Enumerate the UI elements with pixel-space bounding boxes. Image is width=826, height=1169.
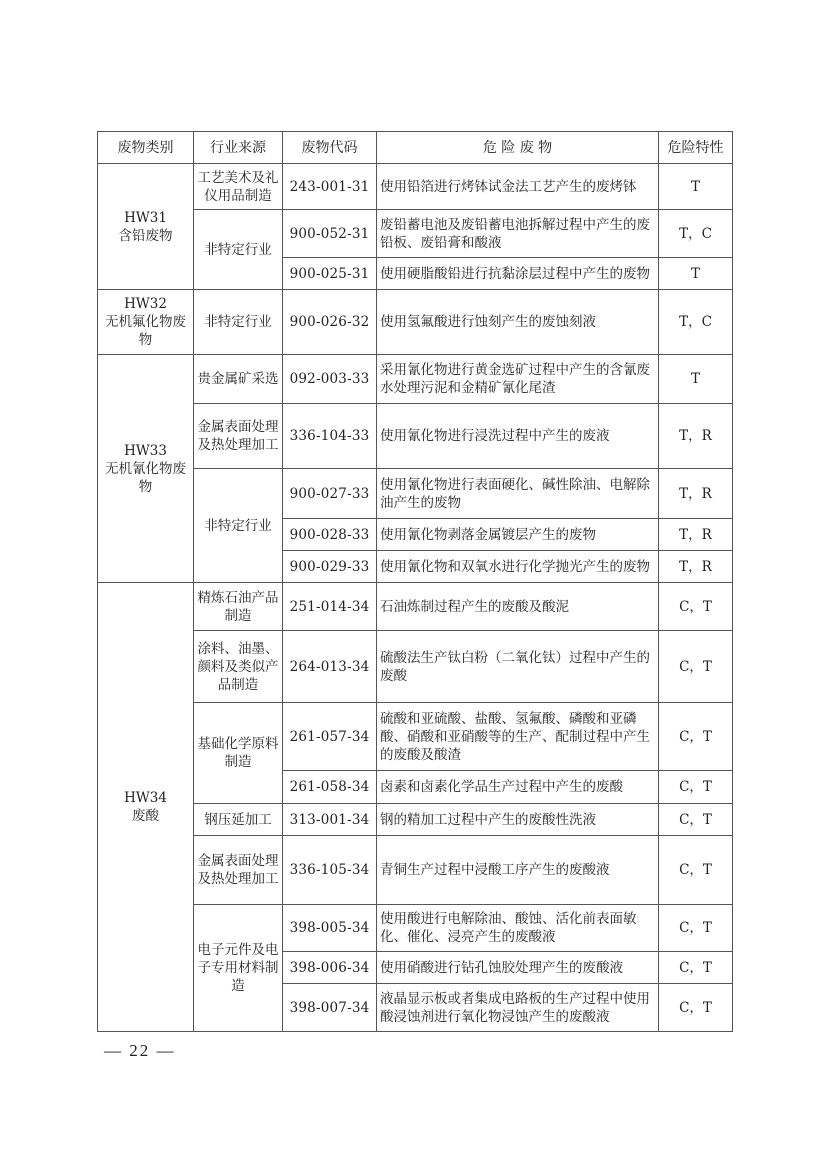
hazard-property: T，R: [659, 551, 733, 583]
industry-source: 非特定行业: [194, 290, 283, 355]
hazard-property: T: [659, 355, 733, 404]
category-hw33: HW33无机氰化物废物: [98, 355, 194, 583]
hazard-property: C，T: [659, 631, 733, 703]
waste-code: 313-001-34: [283, 804, 377, 836]
table-row: 金属表面处理及热处理加工 336-105-34 青铜生产过程中浸酸工序产生的废酸…: [98, 836, 733, 905]
waste-description: 使用铅箔进行烤钵试金法工艺产生的废烤钵: [377, 164, 659, 210]
waste-code: 900-027-33: [283, 469, 377, 519]
hazard-property: C，T: [659, 703, 733, 771]
waste-code: 092-003-33: [283, 355, 377, 404]
waste-code: 900-052-31: [283, 210, 377, 258]
industry-source: 金属表面处理及热处理加工: [194, 404, 283, 469]
table-row: 钢压延加工 313-001-34 钢的精加工过程中产生的废酸性洗液 C，T: [98, 804, 733, 836]
waste-description: 使用氰化物和双氧水进行化学抛光产生的废物: [377, 551, 659, 583]
hazard-property: T，C: [659, 290, 733, 355]
header-hazard-property: 危险特性: [659, 132, 733, 164]
hazard-property: C，T: [659, 771, 733, 804]
table-row: HW34废酸 精炼石油产品制造 251-014-34 石油炼制过程产生的废酸及酸…: [98, 583, 733, 631]
waste-code: 900-026-32: [283, 290, 377, 355]
waste-description: 使用氰化物剥落金属镀层产生的废物: [377, 519, 659, 551]
hazard-property: C，T: [659, 952, 733, 984]
waste-description: 废铅蓄电池及废铅蓄电池拆解过程中产生的废铅板、废铅膏和酸液: [377, 210, 659, 258]
waste-code: 261-057-34: [283, 703, 377, 771]
category-hw31: HW31含铅废物: [98, 164, 194, 290]
header-hazardous-waste: 危 险 废 物: [377, 132, 659, 164]
table-row: HW33无机氰化物废物 贵金属矿采选 092-003-33 采用氰化物进行黄金选…: [98, 355, 733, 404]
table-row: 金属表面处理及热处理加工 336-104-33 使用氰化物进行浸洗过程中产生的废…: [98, 404, 733, 469]
waste-description: 使用氰化物进行浸洗过程中产生的废液: [377, 404, 659, 469]
hazard-property: T: [659, 164, 733, 210]
waste-code: 900-029-33: [283, 551, 377, 583]
industry-source: 非特定行业: [194, 210, 283, 290]
hazardous-waste-table: 废物类别 行业来源 废物代码 危 险 废 物 危险特性 HW31含铅废物 工艺美…: [97, 131, 733, 1032]
table-row: 涂料、油墨、颜料及类似产品制造 264-013-34 硫酸法生产钛白粉（二氧化钛…: [98, 631, 733, 703]
waste-code: 264-013-34: [283, 631, 377, 703]
hazard-property: T: [659, 258, 733, 290]
waste-description: 石油炼制过程产生的废酸及酸泥: [377, 583, 659, 631]
waste-description: 钢的精加工过程中产生的废酸性洗液: [377, 804, 659, 836]
header-waste-code: 废物代码: [283, 132, 377, 164]
waste-code: 398-007-34: [283, 984, 377, 1032]
header-industry-source: 行业来源: [194, 132, 283, 164]
waste-code: 336-105-34: [283, 836, 377, 905]
table-row: 非特定行业 900-027-33 使用氰化物进行表面硬化、碱性除油、电解除油产生…: [98, 469, 733, 519]
waste-code: 251-014-34: [283, 583, 377, 631]
waste-description: 使用酸进行电解除油、酸蚀、活化前表面敏化、催化、浸亮产生的废酸液: [377, 905, 659, 952]
industry-source: 电子元件及电子专用材料制造: [194, 905, 283, 1032]
category-hw34: HW34废酸: [98, 583, 194, 1032]
hazard-property: T，R: [659, 404, 733, 469]
category-hw32: HW32无机氟化物废物: [98, 290, 194, 355]
waste-description: 使用硝酸进行钻孔蚀胶处理产生的废酸液: [377, 952, 659, 984]
hazard-property: C，T: [659, 905, 733, 952]
waste-code: 900-028-33: [283, 519, 377, 551]
table-row: HW32无机氟化物废物 非特定行业 900-026-32 使用氢氟酸进行蚀刻产生…: [98, 290, 733, 355]
table-row: 非特定行业 900-052-31 废铅蓄电池及废铅蓄电池拆解过程中产生的废铅板、…: [98, 210, 733, 258]
waste-description: 液晶显示板或者集成电路板的生产过程中使用酸浸蚀剂进行氧化物浸蚀产生的废酸液: [377, 984, 659, 1032]
waste-description: 使用氰化物进行表面硬化、碱性除油、电解除油产生的废物: [377, 469, 659, 519]
industry-source: 钢压延加工: [194, 804, 283, 836]
waste-description: 青铜生产过程中浸酸工序产生的废酸液: [377, 836, 659, 905]
waste-code: 243-001-31: [283, 164, 377, 210]
table-row: 电子元件及电子专用材料制造 398-005-34 使用酸进行电解除油、酸蚀、活化…: [98, 905, 733, 952]
table-row: 基础化学原料制造 261-057-34 硫酸和亚硫酸、盐酸、氢氟酸、磷酸和亚磷酸…: [98, 703, 733, 771]
industry-source: 金属表面处理及热处理加工: [194, 836, 283, 905]
industry-source: 贵金属矿采选: [194, 355, 283, 404]
industry-source: 基础化学原料制造: [194, 703, 283, 804]
hazard-property: C，T: [659, 984, 733, 1032]
industry-source: 非特定行业: [194, 469, 283, 583]
hazard-property: C，T: [659, 804, 733, 836]
hazard-property: C，T: [659, 583, 733, 631]
waste-description: 使用硬脂酸铅进行抗黏涂层过程中产生的废物: [377, 258, 659, 290]
waste-code: 900-025-31: [283, 258, 377, 290]
table-header-row: 废物类别 行业来源 废物代码 危 险 废 物 危险特性: [98, 132, 733, 164]
hazard-property: T，R: [659, 519, 733, 551]
waste-description: 使用氢氟酸进行蚀刻产生的废蚀刻液: [377, 290, 659, 355]
waste-description: 硫酸法生产钛白粉（二氧化钛）过程中产生的废酸: [377, 631, 659, 703]
waste-code: 261-058-34: [283, 771, 377, 804]
industry-source: 工艺美术及礼仪用品制造: [194, 164, 283, 210]
industry-source: 精炼石油产品制造: [194, 583, 283, 631]
waste-description: 卤素和卤素化学品生产过程中产生的废酸: [377, 771, 659, 804]
hazard-property: T，C: [659, 210, 733, 258]
industry-source: 涂料、油墨、颜料及类似产品制造: [194, 631, 283, 703]
table-row: HW31含铅废物 工艺美术及礼仪用品制造 243-001-31 使用铅箔进行烤钵…: [98, 164, 733, 210]
waste-description: 硫酸和亚硫酸、盐酸、氢氟酸、磷酸和亚磷酸、硝酸和亚硝酸等的生产、配制过程中产生的…: [377, 703, 659, 771]
hazard-property: T，R: [659, 469, 733, 519]
header-waste-category: 废物类别: [98, 132, 194, 164]
waste-code: 398-005-34: [283, 905, 377, 952]
waste-code: 398-006-34: [283, 952, 377, 984]
page-number: — 22 —: [104, 1041, 176, 1061]
waste-description: 采用氰化物进行黄金选矿过程中产生的含氰废水处理污泥和金精矿氰化尾渣: [377, 355, 659, 404]
hazard-property: C，T: [659, 836, 733, 905]
waste-code: 336-104-33: [283, 404, 377, 469]
